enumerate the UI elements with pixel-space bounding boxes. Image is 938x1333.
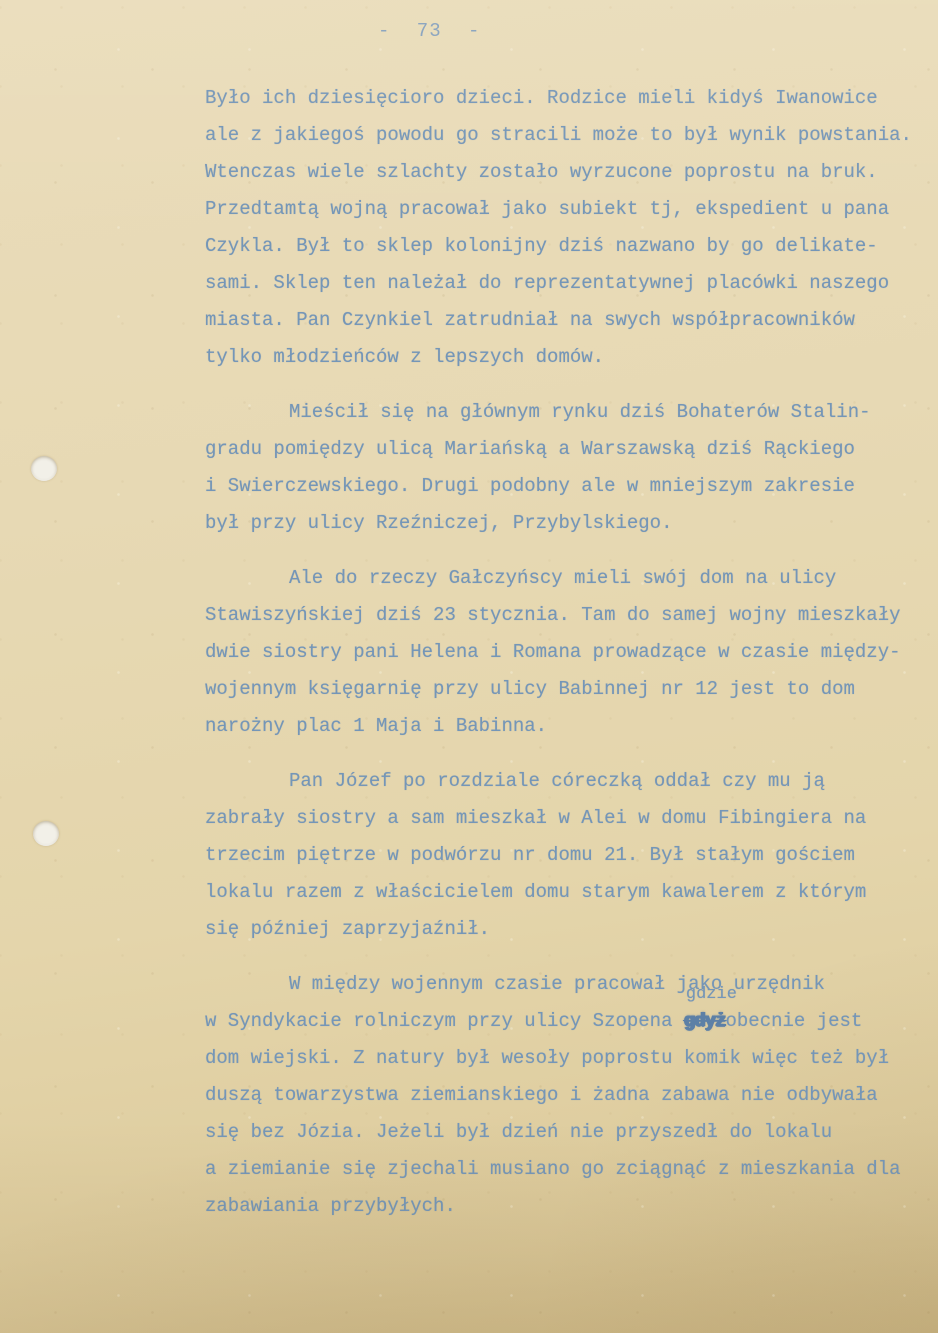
text-line: zabawiania przybyłych. bbox=[205, 1188, 933, 1225]
text-line: Pan Józef po rozdziale córeczką oddał cz… bbox=[205, 763, 933, 800]
text-line: Mieścił się na głównym rynku dziś Bohate… bbox=[205, 394, 933, 431]
struck-word: gdyż bbox=[684, 1010, 726, 1032]
text-line: tylko młodzieńców z lepszych domów. bbox=[205, 339, 933, 376]
text-line: Stawiszyńskiej dziś 23 stycznia. Tam do … bbox=[205, 597, 933, 634]
scanned-page: - 73 - Było ich dziesięcioro dzieci. Rod… bbox=[0, 0, 938, 1333]
text-line: dom wiejski. Z natury był wesoły poprost… bbox=[205, 1040, 933, 1077]
text-line: ale z jakiegoś powodu go stracili może t… bbox=[205, 117, 933, 154]
paragraph: W między wojennym czasie pracował jako u… bbox=[205, 966, 933, 1225]
paragraph: Mieścił się na głównym rynku dziś Bohate… bbox=[205, 394, 933, 542]
text-segment: w Syndykacie rolniczym przy ulicy Szopen… bbox=[205, 1010, 684, 1032]
correction-above: gdzie bbox=[686, 986, 737, 1003]
text-line: Wtenczas wiele szlachty zostało wyrzucon… bbox=[205, 154, 933, 191]
paragraph: Ale do rzeczy Gałczyńscy mieli swój dom … bbox=[205, 560, 933, 745]
hole-punch-bottom bbox=[33, 821, 59, 846]
text-line: Było ich dziesięcioro dzieci. Rodzice mi… bbox=[205, 80, 933, 117]
text-line: wojennym księgarnię przy ulicy Babinnej … bbox=[205, 671, 933, 708]
text-line: W między wojennym czasie pracował jako u… bbox=[205, 966, 933, 1003]
typed-correction: gdyżgdzie bbox=[684, 1003, 726, 1040]
text-line: i Swierczewskiego. Drugi podobny ale w m… bbox=[205, 468, 933, 505]
page-number: - 73 - bbox=[378, 20, 480, 42]
text-segment: obecnie jest bbox=[726, 1010, 863, 1032]
hole-punch-top bbox=[31, 456, 57, 481]
text-line: duszą towarzystwa ziemianskiego i żadna … bbox=[205, 1077, 933, 1114]
text-line: sami. Sklep ten należał do reprezentatyw… bbox=[205, 265, 933, 302]
text-line: lokalu razem z właścicielem domu starym … bbox=[205, 874, 933, 911]
typewritten-text: Było ich dziesięcioro dzieci. Rodzice mi… bbox=[205, 80, 933, 1243]
text-line: narożny plac 1 Maja i Babinna. bbox=[205, 708, 933, 745]
text-line: się bez Józia. Jeżeli był dzień nie przy… bbox=[205, 1114, 933, 1151]
text-line: gradu pomiędzy ulicą Mariańską a Warszaw… bbox=[205, 431, 933, 468]
text-line: a ziemianie się zjechali musiano go zcią… bbox=[205, 1151, 933, 1188]
text-line: dwie siostry pani Helena i Romana prowad… bbox=[205, 634, 933, 671]
text-line: Czykla. Był to sklep kolonijny dziś nazw… bbox=[205, 228, 933, 265]
paragraph: Było ich dziesięcioro dzieci. Rodzice mi… bbox=[205, 80, 933, 376]
text-line: w Syndykacie rolniczym przy ulicy Szopen… bbox=[205, 1003, 933, 1040]
text-line: się później zaprzyjaźnił. bbox=[205, 911, 933, 948]
paragraph: Pan Józef po rozdziale córeczką oddał cz… bbox=[205, 763, 933, 948]
text-line: trzecim piętrze w podwórzu nr domu 21. B… bbox=[205, 837, 933, 874]
text-line: miasta. Pan Czynkiel zatrudniał na swych… bbox=[205, 302, 933, 339]
text-line: zabrały siostry a sam mieszkał w Alei w … bbox=[205, 800, 933, 837]
text-line: był przy ulicy Rzeźniczej, Przybylskiego… bbox=[205, 505, 933, 542]
text-line: Ale do rzeczy Gałczyńscy mieli swój dom … bbox=[205, 560, 933, 597]
text-line: Przedtamtą wojną pracował jako subiekt t… bbox=[205, 191, 933, 228]
